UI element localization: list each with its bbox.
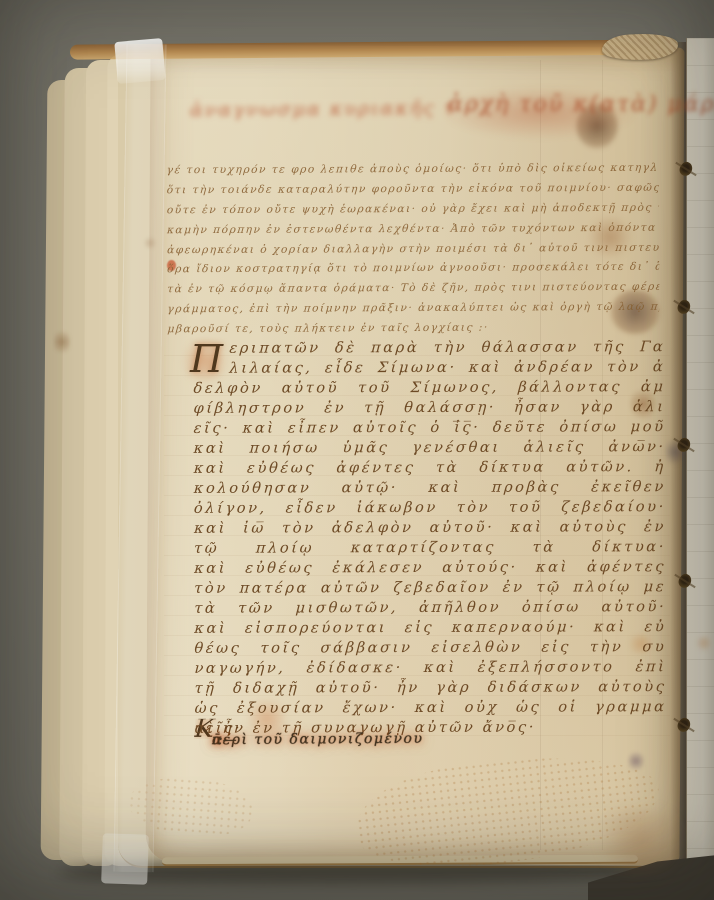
gospel-line: ὀλίγον, εἶδεν ἰάκωβον τὸν τοῦ ζεβεδαίου· [193,497,666,519]
repair-tape-top [114,38,165,84]
gospel-line: τῷ πλοίῳ καταρτίζοντας τὰ δίκτυα· [193,537,666,559]
gospel-line: εριπατῶν δὲ παρὰ τὴν θάλασσαν τῆς Γα [193,337,666,359]
gospel-line: ὡς ἐξουσίαν ἔχων· καὶ οὐχ ὡς οἱ γραμμα [194,697,667,719]
chapter-rubric: ᾱ·περὶ τοῦ δαιμονιζομένου:— [212,730,542,756]
gospel-line: θέως τοῖς σάββασιν εἰσελθὼν εἰς τὴν συ [194,637,667,659]
gospel-line: καὶ ποιήσω ὑμᾶς γενέσθαι ἁλιεῖς ἀνω̅ν· [193,437,666,459]
manuscript-photo: ἀναγνωσμα κυριακῆς τ ἀρχὴ τοῦ κ(ατὰ) μάρ… [0,0,714,900]
scholia-line: ὅτι τὴν τοιάνδε καταραλύτην φοροῦντα τὴν… [166,179,660,201]
gospel-line: καὶ εὐθέως ἐκάλεσεν αὐτούς· καὶ ἀφέντες [193,557,666,579]
gospel-text-block: εριπατῶν δὲ παρὰ τὴν θάλασσαν τῆς Γα λιλ… [193,337,666,739]
gospel-line: εῖς· καὶ εἶπεν αὐτοῖς ὁ ἰ̅ς̅· δεῦτε ὀπίσ… [193,417,666,439]
gospel-line: ναγωγήν, ἐδίδασκε· καὶ ἐξεπλήσσοντο ἐπὶ [194,657,667,679]
faded-header-rubric-left: ἀναγνωσμα κυριακῆς τ [190,97,456,121]
scholia-line: γράμματος, ἐπὶ τὴν ποίμνην πρᾶξιν· ἀνακα… [166,298,660,320]
scholia-line: γέ τοι τυχηρόν τε φρο λεπιθε ἀποὺς ὁμοίω… [166,159,660,181]
rubric-flourish: :— [218,732,237,748]
gospel-line: τὸν πατέρα αὐτῶν ζεβεδαῖον ἐν τῷ πλοίῳ μ… [194,577,667,599]
gospel-line: κολούθησαν αὐτῷ· καὶ προβὰς ἐκεῖθεν [193,477,666,499]
gospel-line: τῇ διδαχῇ αὐτοῦ· ἦν γὰρ διδάσκων αὐτοὺς [194,677,667,699]
scholia-line: οὔτε ἐν τόπον οὔτε ψυχὴ ἑωρακέναι· οὐ γὰ… [166,198,660,220]
chapter-title: περὶ τοῦ δαιμονιζομένου [212,731,424,748]
gospel-line: φίβληστρον ἐν τῇ θαλάσσῃ· ἦσαν γὰρ ἁλι [193,397,666,419]
scholia-line: καμὴν πόρπην ἐν ἐστενωθέντα λεχθέντα· Ἀπ… [166,218,660,240]
scholia-block: γέ τοι τυχηρόν τε φρο λεπιθε ἀποὺς ὁμοίω… [167,159,660,341]
repair-tape-bottom [101,833,149,885]
margin-stain [54,328,70,356]
gospel-line: λιλαίας, εἶδε Σίμωνα· καὶ ἀνδρέαν τὸν ἀ [193,357,666,379]
faint-stain [696,634,712,652]
gospel-line: καὶ ἰω̅ τὸν ἀδελφὸν αὐτοῦ· καὶ αὐτοὺς ἐν [193,517,666,539]
gospel-line: τὰ τῶν μισθωτῶν, ἀπῆλθον ὀπίσω αὐτοῦ· [194,597,667,619]
faded-header-rubric-right: ἀρχὴ τοῦ κ(ατὰ) μάρκ [448,92,714,117]
gospel-line: δελφὸν αὐτοῦ τοῦ Σίμωνος, βάλλοντας ἀμ [193,377,666,399]
gospel-line: καὶ εἰσπορεύονται εἰς καπερναούμ· καὶ εὐ [194,617,667,639]
gospel-line: καὶ εὐθέως ἀφέντες τὰ δίκτυα αὐτῶν. ἠ [193,457,666,479]
